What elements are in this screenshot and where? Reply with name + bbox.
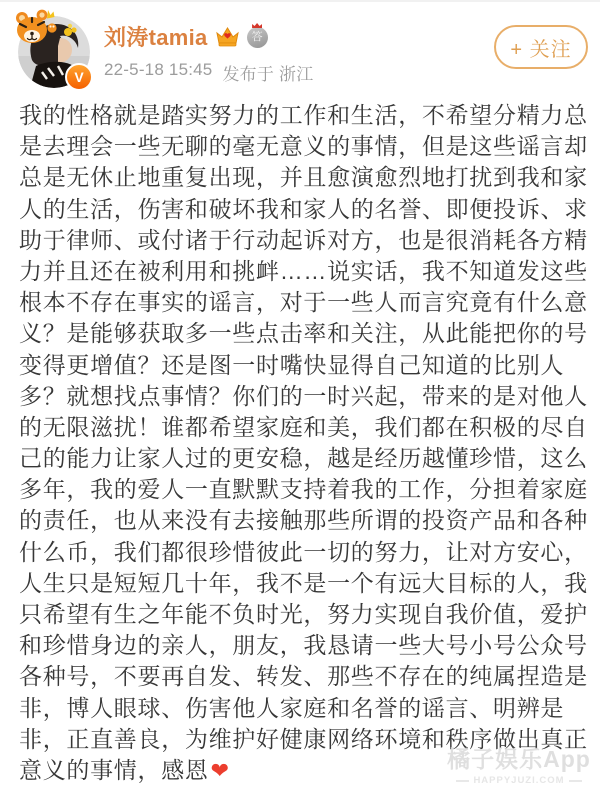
post-text-line: 的责任，也从来没有去接触那些所谓的投资产品和各种 <box>19 505 590 536</box>
heart-icon: ❤ <box>211 758 230 783</box>
watermark-title: 橘子娱乐App <box>443 747 595 772</box>
timestamp: 22-5-18 15:45 <box>104 60 212 85</box>
user-block: 刘涛tamia 答 22-5-18 15:45 发布于 浙江 <box>104 23 313 85</box>
post-text-line: 我的性格就是踏实努力的工作和生活，不希望分精力总 <box>19 100 590 131</box>
qa-badge-label: 答 <box>252 32 263 43</box>
vip-crown-icon <box>215 25 240 48</box>
post-text-line: 力并且还在被利用和挑衅……说实话，我不知道发这些 <box>19 256 590 287</box>
qa-badge-icon: 答 <box>247 27 268 48</box>
post-text-line: 人的生活，伤害和破坏我和家人的名誉、即便投诉、求 <box>19 194 590 225</box>
post-text-line: 的无限滋扰！谁都希望家庭和美，我们都在积极的尽自 <box>19 412 590 443</box>
username[interactable]: 刘涛tamia <box>104 21 208 52</box>
post-text-line: 和珍惜身边的亲人，朋友，我恳请一些大号小号公众号 <box>19 630 590 661</box>
post-text-line: 多年，我的爱人一直默默支持着我的工作，分担着家庭 <box>19 474 590 505</box>
post-text-line: 什么币，我们都很珍惜彼此一切的努力，让对方安心， <box>19 537 590 568</box>
post-text-line: 变得更增值？还是图一时嘴快显得自己知道的比别人 <box>19 350 590 381</box>
post-text-line: 总是无休止地重复出现，并且愈演愈烈地打扰到我和家 <box>19 162 590 193</box>
post-text-line: 非，博人眼球、伤害他人家庭和名誉的谣言、明辨是 <box>19 693 590 724</box>
post-content: 我的性格就是踏实努力的工作和生活，不希望分精力总 是去理会一些无聊的毫无意义的事… <box>19 100 590 786</box>
post-meta: 22-5-18 15:45 发布于 浙江 <box>104 60 313 85</box>
watermark: 橘子娱乐App HAPPYJUZI.COM <box>443 747 595 786</box>
post-text-line: 己的能力让家人过的更安稳，越是经历越懂珍惜，这么 <box>19 443 590 474</box>
tiger-avatar-frame-icon <box>10 8 58 52</box>
posted-from: 发布于 浙江 <box>222 60 313 85</box>
post-text-line: 人生只是短短几十年，我不是一个有远大目标的人，我 <box>19 568 590 599</box>
follow-button[interactable]: + 关注 <box>494 25 588 69</box>
follow-button-label: + 关注 <box>510 33 571 62</box>
watermark-dash-right <box>569 780 582 782</box>
post-text-line: 各种号，不要再自发、转发、那些不存在的纯属捏造是 <box>19 661 590 692</box>
post-text-line: 只希望有生之年能不负时光，努力实现自我价值，爱护 <box>19 599 590 630</box>
post-text-line: 是去理会一些无聊的毫无意义的事情，但是这些谣言却 <box>19 131 590 162</box>
weibo-post-card: V 刘涛tamia 答 22-5-18 15:45 发布于 浙江 + 关注 我的… <box>0 0 600 806</box>
qa-badge-crown-icon <box>252 23 262 28</box>
post-text-line: 根本不存在事实的谣言，对于一些人而言究竟有什么意 <box>19 287 590 318</box>
post-text-line-end: 意义的事情，感恩 <box>19 757 209 783</box>
watermark-dash-left <box>456 780 469 782</box>
post-text-line: 多？就想找点事情？你们的一时兴起，带来的是对他人 <box>19 381 590 412</box>
avatar[interactable]: V <box>18 16 90 88</box>
post-text-line: 义？是能够获取多一些点击率和关注，从此能把你的号 <box>19 318 590 349</box>
verified-v-badge-icon: V <box>65 63 93 91</box>
verified-letter: V <box>74 70 83 84</box>
post-text-line: 助于律师、或付诸于行动起诉对方，也是很消耗各方精 <box>19 225 590 256</box>
watermark-domain: HAPPYJUZI.COM <box>473 775 564 786</box>
